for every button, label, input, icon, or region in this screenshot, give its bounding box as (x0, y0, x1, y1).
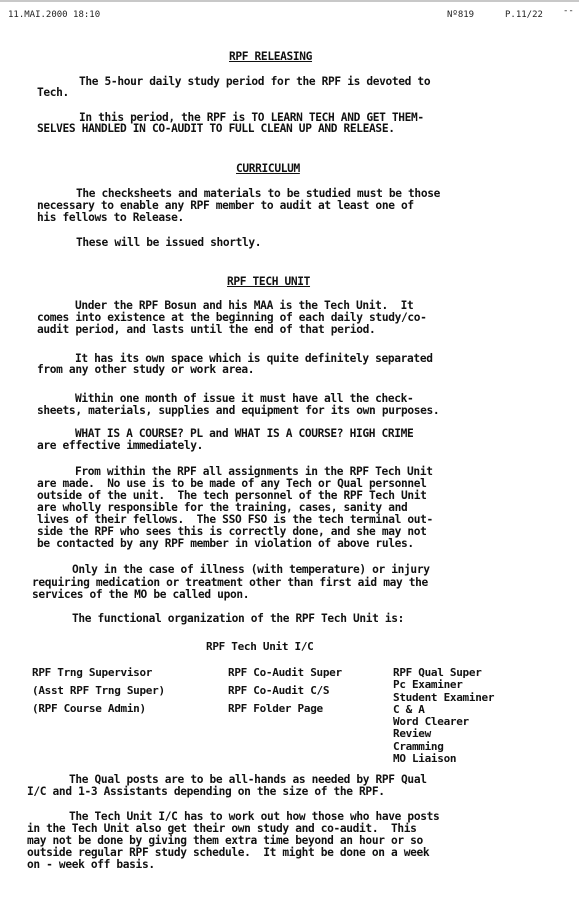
fax-page-number: P.11/22 (505, 10, 543, 20)
paragraph-line: Only in the case of illness (with temper… (72, 564, 430, 576)
org-chart-title: RPF Tech Unit I/C (206, 640, 313, 653)
paragraph-line: The 5-hour daily study period for the RP… (79, 76, 430, 88)
paragraph-line: SELVES HANDLED IN CO-AUDIT TO FULL CLEAN… (37, 123, 395, 135)
fax-mark: -- (563, 6, 574, 16)
paragraph-line: his fellows to Release. (37, 212, 184, 224)
fax-number: Nº819 (447, 10, 474, 20)
heading-curriculum: CURRICULUM (236, 163, 300, 175)
paragraph-line: audit period, and lasts until the end of… (37, 324, 375, 336)
paragraph-line: from any other study or work area. (37, 364, 254, 376)
heading-rpf-releasing: RPF RELEASING (229, 51, 312, 63)
paragraph-line: be contacted by any RPF member in violat… (37, 538, 414, 550)
paragraph-line: Tech. (37, 87, 69, 99)
paragraph-line: are effective immediately. (37, 440, 203, 452)
heading-rpf-tech-unit: RPF TECH UNIT (227, 276, 310, 288)
org-post: RPF Folder Page (228, 702, 323, 715)
paragraph-line: I/C and 1-3 Assistants depending on the … (27, 786, 385, 798)
fax-date-time: 11.MAI.2000 18:10 (8, 10, 100, 20)
org-post: (Asst RPF Trng Super) (32, 684, 165, 697)
paragraph-line: services of the MO be called upon. (32, 589, 249, 601)
org-post: MO Liaison (393, 752, 456, 765)
org-post: RPF Co-Audit C/S (228, 684, 329, 697)
org-post: RPF Trng Supervisor (32, 666, 152, 679)
paragraph-line: The functional organization of the RPF T… (72, 613, 404, 625)
page-top-edge (0, 0, 579, 2)
org-post: RPF Co-Audit Super (228, 666, 342, 679)
org-post: Review (393, 727, 431, 740)
org-post: (RPF Course Admin) (32, 702, 146, 715)
org-post: Pc Examiner (393, 678, 463, 691)
paragraph-line: on - week off basis. (27, 859, 155, 871)
paragraph-line: sheets, materials, supplies and equipmen… (37, 405, 439, 417)
paragraph-line: These will be issued shortly. (76, 237, 261, 249)
